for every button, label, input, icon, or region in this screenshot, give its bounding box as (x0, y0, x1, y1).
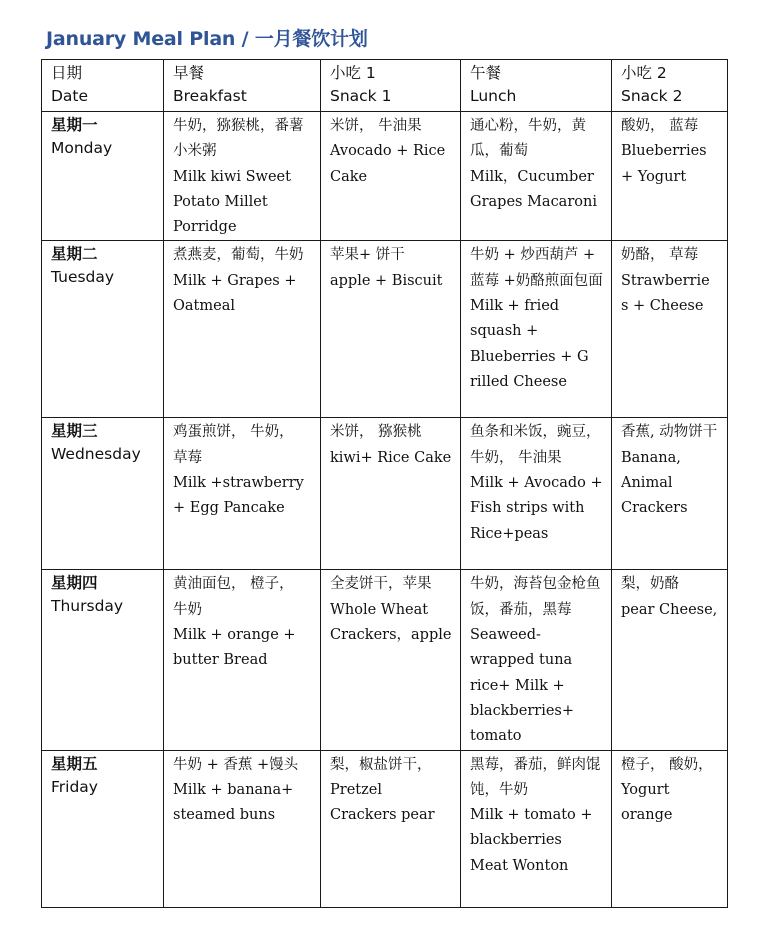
breakfast-cell: 牛奶 + 香蕉 +馒头Milk + banana+ steamed buns (164, 750, 321, 907)
meal-zh: 梨，奶酪 (621, 572, 719, 597)
header-date-en: Date (51, 85, 155, 108)
table-row: 星期五Friday 牛奶 + 香蕉 +馒头Milk + banana+ stea… (42, 750, 728, 907)
lunch-cell: 鱼条和米饭，豌豆，牛奶， 牛油果Milk + Avocado + Fish st… (461, 418, 612, 570)
header-lunch-en: Lunch (470, 85, 603, 108)
meal-en: Milk + Avocado + Fish strips with Rice+p… (470, 471, 603, 547)
meal-en: Milk + tomato + blackberries Meat Wonton (470, 803, 603, 879)
meal-zh: 鱼条和米饭，豌豆，牛奶， 牛油果 (470, 420, 603, 471)
day-en: Friday (51, 776, 155, 799)
meal-en: Whole Wheat Crackers，apple (330, 598, 452, 649)
table-row: 星期二Tuesday 煮燕麦，葡萄，牛奶Milk + Grapes + Oatm… (42, 241, 728, 418)
header-snack1-zh: 小吃 1 (330, 62, 452, 85)
snack1-cell: 米饼， 猕猴桃kiwi+ Rice Cake (321, 418, 461, 570)
meal-zh: 牛奶 + 炒西葫芦 + 蓝莓 +奶酪煎面包面 (470, 243, 603, 294)
meal-en: Blueberries + Yogurt (621, 139, 719, 190)
header-date: 日期Date (42, 60, 164, 112)
lunch-cell: 通心粉，牛奶，黄瓜，葡萄Milk，Cucumber Grapes Macaron… (461, 112, 612, 241)
header-lunch-zh: 午餐 (470, 62, 603, 85)
day-zh: 星期四 (51, 572, 155, 595)
meal-en: Milk kiwi Sweet Potato Millet Porridge (173, 165, 312, 241)
lunch-cell: 黑莓，番茄，鲜肉馄饨，牛奶Milk + tomato + blackberrie… (461, 750, 612, 907)
meal-en: Milk + orange + butter Bread (173, 623, 312, 674)
meal-en: apple + Biscuit (330, 269, 452, 294)
meal-zh: 牛奶，猕猴桃，番薯小米粥 (173, 114, 312, 165)
day-cell: 星期二Tuesday (42, 241, 164, 418)
snack1-cell: 苹果+ 饼干apple + Biscuit (321, 241, 461, 418)
meal-zh: 煮燕麦，葡萄，牛奶 (173, 243, 312, 268)
document-title: January Meal Plan / 一月餐饮计划 (46, 24, 368, 51)
table-row: 星期一Monday 牛奶，猕猴桃，番薯小米粥Milk kiwi Sweet Po… (42, 112, 728, 241)
meal-en: Strawberrie s + Cheese (621, 269, 719, 320)
day-cell: 星期五Friday (42, 750, 164, 907)
meal-zh: 香蕉, 动物饼干 (621, 420, 719, 445)
day-cell: 星期四Thursday (42, 570, 164, 750)
table-row: 星期四Thursday 黄油面包， 橙子， 牛奶Milk + orange + … (42, 570, 728, 750)
meal-en: Seaweed-wrapped tuna rice+ Milk + blackb… (470, 623, 603, 749)
header-snack1: 小吃 1Snack 1 (321, 60, 461, 112)
meal-en: Milk，Cucumber Grapes Macaroni (470, 165, 603, 216)
snack1-cell: 米饼， 牛油果Avocado + Rice Cake (321, 112, 461, 241)
meal-en: kiwi+ Rice Cake (330, 446, 452, 471)
day-cell: 星期一Monday (42, 112, 164, 241)
meal-en: Pretzel Crackers pear (330, 778, 452, 829)
meal-en: Milk + fried squash + Blueberries + G ri… (470, 294, 603, 395)
day-en: Thursday (51, 595, 155, 618)
header-snack2-zh: 小吃 2 (621, 62, 719, 85)
breakfast-cell: 煮燕麦，葡萄，牛奶Milk + Grapes + Oatmeal (164, 241, 321, 418)
meal-zh: 鸡蛋煎饼， 牛奶， 草莓 (173, 420, 312, 471)
meal-zh: 奶酪， 草莓 (621, 243, 719, 268)
snack1-cell: 梨，椒盐饼干，Pretzel Crackers pear (321, 750, 461, 907)
meal-en: Banana, Animal Crackers (621, 446, 719, 522)
snack2-cell: 梨，奶酪pear Cheese, (612, 570, 728, 750)
day-zh: 星期一 (51, 114, 155, 137)
snack2-cell: 橙子， 酸奶，Yogurt orange (612, 750, 728, 907)
snack2-cell: 香蕉, 动物饼干Banana, Animal Crackers (612, 418, 728, 570)
snack2-cell: 酸奶， 蓝莓Blueberries + Yogurt (612, 112, 728, 241)
meal-zh: 米饼， 猕猴桃 (330, 420, 452, 445)
lunch-cell: 牛奶，海苔包金枪鱼饭，番茄，黑莓Seaweed-wrapped tuna ric… (461, 570, 612, 750)
snack2-cell: 奶酪， 草莓Strawberrie s + Cheese (612, 241, 728, 418)
meal-zh: 牛奶 + 香蕉 +馒头 (173, 753, 312, 778)
day-en: Wednesday (51, 443, 155, 466)
meal-zh: 牛奶，海苔包金枪鱼饭，番茄，黑莓 (470, 572, 603, 623)
table-header-row: 日期Date 早餐Breakfast 小吃 1Snack 1 午餐Lunch 小… (42, 60, 728, 112)
header-date-zh: 日期 (51, 62, 155, 85)
day-en: Tuesday (51, 266, 155, 289)
meal-zh: 黄油面包， 橙子， 牛奶 (173, 572, 312, 623)
meal-zh: 米饼， 牛油果 (330, 114, 452, 139)
day-zh: 星期二 (51, 243, 155, 266)
meal-en: Yogurt orange (621, 778, 719, 829)
snack1-cell: 全麦饼干，苹果Whole Wheat Crackers，apple (321, 570, 461, 750)
meal-zh: 通心粉，牛奶，黄瓜，葡萄 (470, 114, 603, 165)
meal-zh: 橙子， 酸奶， (621, 753, 719, 778)
meal-en: Avocado + Rice Cake (330, 139, 452, 190)
header-breakfast-zh: 早餐 (173, 62, 312, 85)
meal-en: Milk + Grapes + Oatmeal (173, 269, 312, 320)
header-breakfast: 早餐Breakfast (164, 60, 321, 112)
day-en: Monday (51, 137, 155, 160)
meal-zh: 梨，椒盐饼干， (330, 753, 452, 778)
breakfast-cell: 鸡蛋煎饼， 牛奶， 草莓Milk +strawberry + Egg Panca… (164, 418, 321, 570)
meal-en: Milk + banana+ steamed buns (173, 778, 312, 829)
day-zh: 星期三 (51, 420, 155, 443)
header-snack2: 小吃 2Snack 2 (612, 60, 728, 112)
day-zh: 星期五 (51, 753, 155, 776)
meal-zh: 全麦饼干，苹果 (330, 572, 452, 597)
lunch-cell: 牛奶 + 炒西葫芦 + 蓝莓 +奶酪煎面包面Milk + fried squas… (461, 241, 612, 418)
table-row: 星期三Wednesday 鸡蛋煎饼， 牛奶， 草莓Milk +strawberr… (42, 418, 728, 570)
meal-zh: 苹果+ 饼干 (330, 243, 452, 268)
breakfast-cell: 牛奶，猕猴桃，番薯小米粥Milk kiwi Sweet Potato Mille… (164, 112, 321, 241)
breakfast-cell: 黄油面包， 橙子， 牛奶Milk + orange + butter Bread (164, 570, 321, 750)
meal-plan-table: 日期Date 早餐Breakfast 小吃 1Snack 1 午餐Lunch 小… (41, 59, 728, 908)
header-snack2-en: Snack 2 (621, 85, 719, 108)
header-snack1-en: Snack 1 (330, 85, 452, 108)
meal-en: Milk +strawberry + Egg Pancake (173, 471, 312, 522)
header-lunch: 午餐Lunch (461, 60, 612, 112)
meal-en: pear Cheese, (621, 598, 719, 623)
header-breakfast-en: Breakfast (173, 85, 312, 108)
meal-zh: 酸奶， 蓝莓 (621, 114, 719, 139)
day-cell: 星期三Wednesday (42, 418, 164, 570)
meal-zh: 黑莓，番茄，鲜肉馄饨，牛奶 (470, 753, 603, 804)
